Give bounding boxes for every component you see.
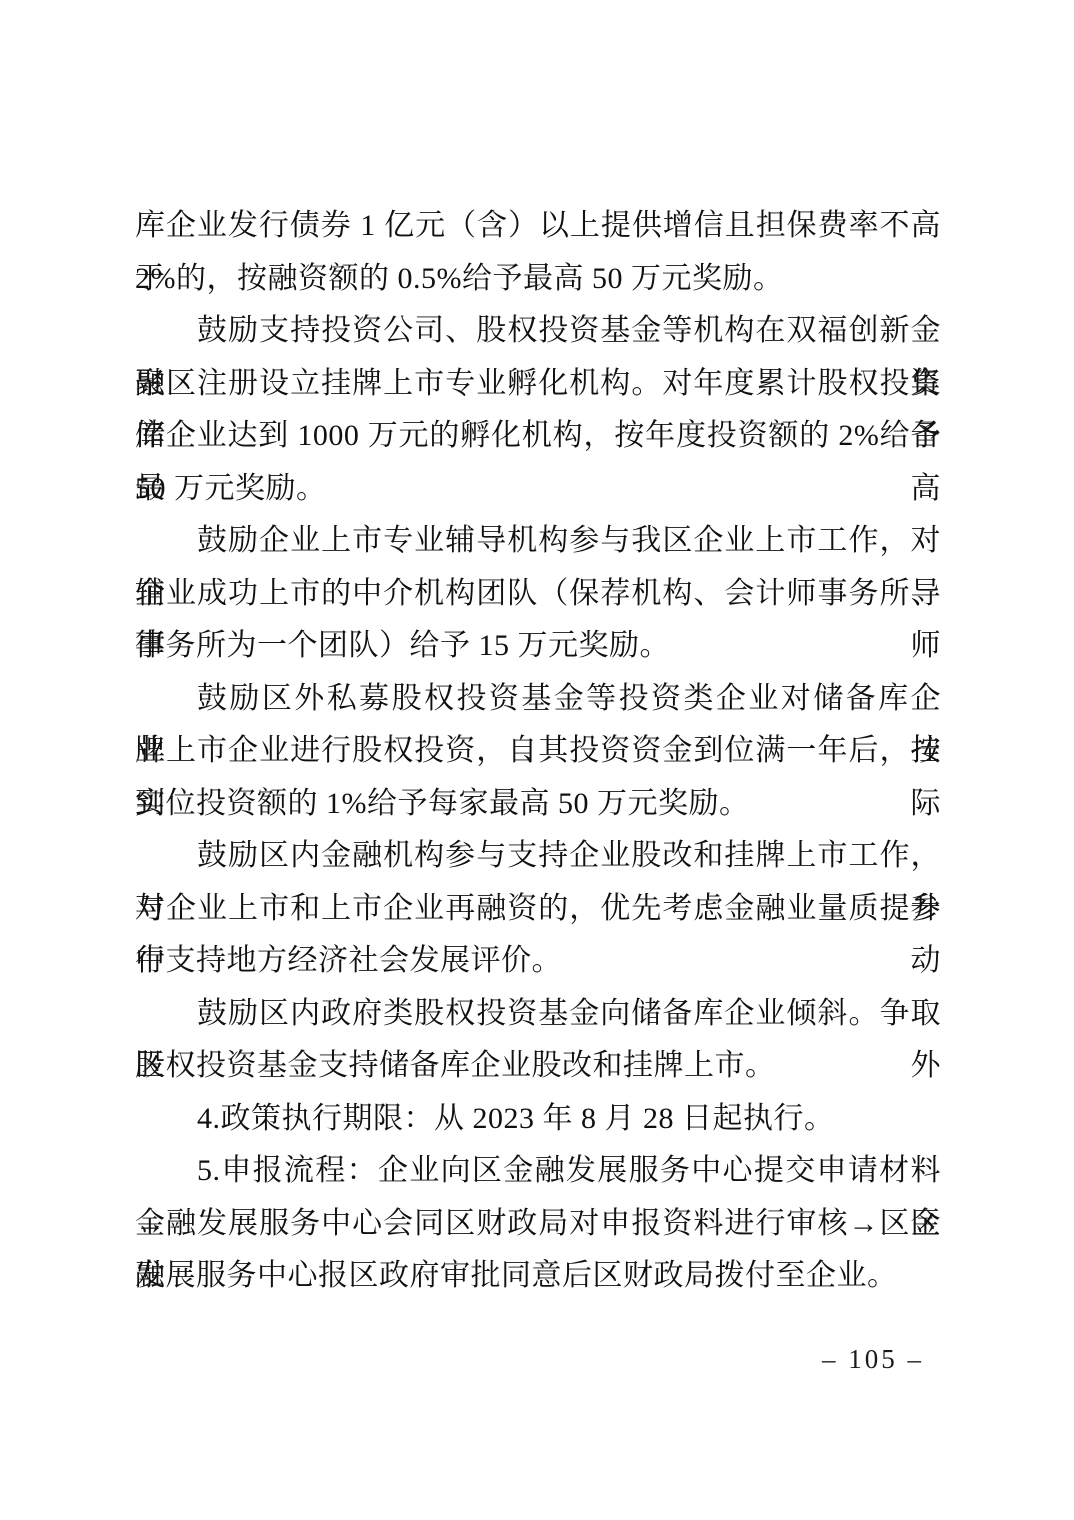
text-line: 库企业发行债券 1 亿元（含）以上提供增信且担保费率不高于 [135,200,941,253]
text-line: 金融发展服务中心会同区财政局对申报资料进行审核→区金融 [135,1198,941,1251]
text-line: 企业成功上市的中介机构团队（保荐机构、会计师事务所、律师 [135,568,941,621]
text-line: 2%的，按融资额的 0.5%给予最高 50 万元奖励。 [135,253,941,306]
paragraph: 库企业发行债券 1 亿元（含）以上提供增信且担保费率不高于2%的，按融资额的 0… [135,200,941,305]
document-page: 库企业发行债券 1 亿元（含）以上提供增信且担保费率不高于2%的，按融资额的 0… [0,0,1074,1520]
text-line: 鼓励支持投资公司、股权投资基金等机构在双福创新金融集 [135,305,941,358]
paragraph: 鼓励企业上市专业辅导机构参与我区企业上市工作，对辅导企业成功上市的中介机构团队（… [135,515,941,673]
text-line: 5.申报流程：企业向区金融发展服务中心提交申请材料→区 [135,1145,941,1198]
document-body: 库企业发行债券 1 亿元（含）以上提供增信且担保费率不高于2%的，按融资额的 0… [135,200,941,1303]
text-line: 4.政策执行期限：从 2023 年 8 月 28 日起执行。 [135,1093,941,1146]
paragraph: 4.政策执行期限：从 2023 年 8 月 28 日起执行。 [135,1093,941,1146]
text-line: 聚区注册设立挂牌上市专业孵化机构。对年度累计股权投资储备 [135,358,941,411]
text-line: 鼓励企业上市专业辅导机构参与我区企业上市工作，对辅导 [135,515,941,568]
text-line: 鼓励区外私募股权投资基金等投资类企业对储备库企业、挂 [135,673,941,726]
text-line: 鼓励区内政府类股权投资基金向储备库企业倾斜。争取区外 [135,988,941,1041]
text-line: 发展服务中心报区政府审批同意后区财政局拨付至企业。 [135,1250,941,1303]
text-line: 牌上市企业进行股权投资，自其投资资金到位满一年后，按实际 [135,725,941,778]
paragraph: 5.申报流程：企业向区金融发展服务中心提交申请材料→区金融发展服务中心会同区财政… [135,1145,941,1303]
paragraph: 鼓励区内金融机构参与支持企业股改和挂牌上市工作，对参与企业上市和上市企业再融资的… [135,830,941,988]
paragraph: 鼓励区内政府类股权投资基金向储备库企业倾斜。争取区外股权投资基金支持储备库企业股… [135,988,941,1093]
paragraph: 鼓励支持投资公司、股权投资基金等机构在双福创新金融集聚区注册设立挂牌上市专业孵化… [135,305,941,515]
paragraph: 鼓励区外私募股权投资基金等投资类企业对储备库企业、挂牌上市企业进行股权投资，自其… [135,673,941,831]
page-number: – 105 – [822,1344,924,1375]
text-line: 鼓励区内金融机构参与支持企业股改和挂牌上市工作，对参 [135,830,941,883]
text-line: 与企业上市和上市企业再融资的，优先考虑金融业量质提升行动 [135,883,941,936]
text-line: 库企业达到 1000 万元的孵化机构，按年度投资额的 2%给予最高 [135,410,941,463]
